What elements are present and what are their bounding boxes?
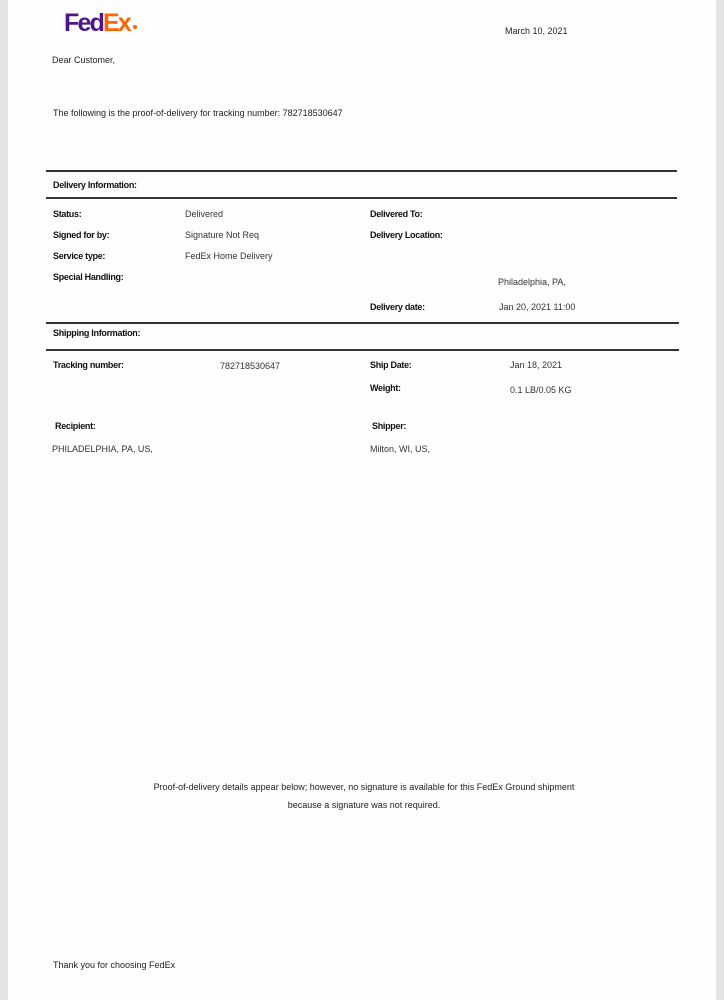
delivery-date-value: Jan 20, 2021 11:00 xyxy=(499,302,575,312)
delivery-location-label: Delivery Location: xyxy=(370,230,443,240)
shipper-label: Shipper: xyxy=(372,421,406,431)
divider xyxy=(46,170,677,172)
logo-dot-icon xyxy=(133,25,137,29)
ship-date-value: Jan 18, 2021 xyxy=(510,360,562,370)
tracking-number-value: 782718530647 xyxy=(220,361,280,371)
special-handling-label: Special Handling: xyxy=(53,272,123,282)
divider xyxy=(46,322,679,324)
fedex-logo: FedEx xyxy=(64,10,137,36)
service-type-value: FedEx Home Delivery xyxy=(185,251,273,261)
letter-date: March 10, 2021 xyxy=(505,26,568,36)
signed-for-value: Signature Not Req xyxy=(185,230,259,240)
service-type-label: Service type: xyxy=(53,251,105,261)
shipping-info-heading: Shipping Information: xyxy=(53,328,140,338)
logo-fed-text: Fed xyxy=(64,9,103,37)
divider xyxy=(46,197,677,199)
status-label: Status: xyxy=(53,209,81,219)
shipper-value: Milton, WI, US, xyxy=(370,444,430,454)
signature-notice-line2: because a signature was not required. xyxy=(8,800,720,810)
delivery-date-label: Delivery date: xyxy=(370,302,425,312)
recipient-label: Recipient: xyxy=(55,421,96,431)
delivered-to-label: Delivered To: xyxy=(370,209,422,219)
recipient-value: PHILADELPHIA, PA, US, xyxy=(52,444,153,454)
logo-ex-text: Ex xyxy=(103,9,130,37)
status-value: Delivered xyxy=(185,209,223,219)
weight-value: 0.1 LB/0.05 KG xyxy=(510,385,572,395)
signature-notice-line1: Proof-of-delivery details appear below; … xyxy=(8,782,720,792)
ship-date-label: Ship Date: xyxy=(370,360,412,370)
tracking-number-label: Tracking number: xyxy=(53,360,124,370)
signed-for-label: Signed for by: xyxy=(53,230,109,240)
intro-text: The following is the proof-of-delivery f… xyxy=(53,108,343,118)
document-page: FedEx March 10, 2021 Dear Customer, The … xyxy=(8,0,716,1000)
weight-label: Weight: xyxy=(370,383,401,393)
divider xyxy=(46,349,679,351)
delivery-info-heading: Delivery Information: xyxy=(53,180,137,190)
delivery-location-value: Philadelphia, PA, xyxy=(498,277,566,287)
closing-text: Thank you for choosing FedEx xyxy=(53,960,175,970)
salutation: Dear Customer, xyxy=(52,55,115,65)
